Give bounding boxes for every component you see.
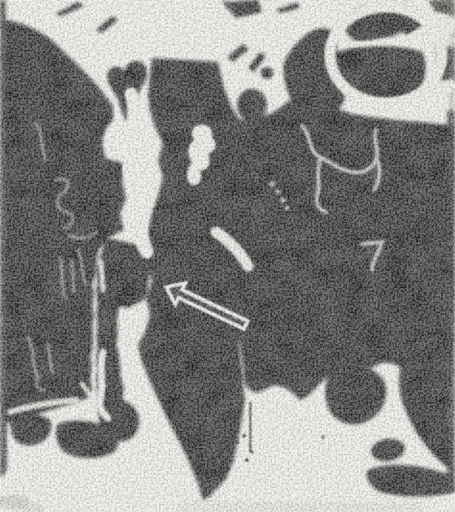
grain-overlay-speckle-dark <box>0 0 455 512</box>
micrograph-image <box>0 0 455 512</box>
micrograph-figure <box>0 0 455 512</box>
